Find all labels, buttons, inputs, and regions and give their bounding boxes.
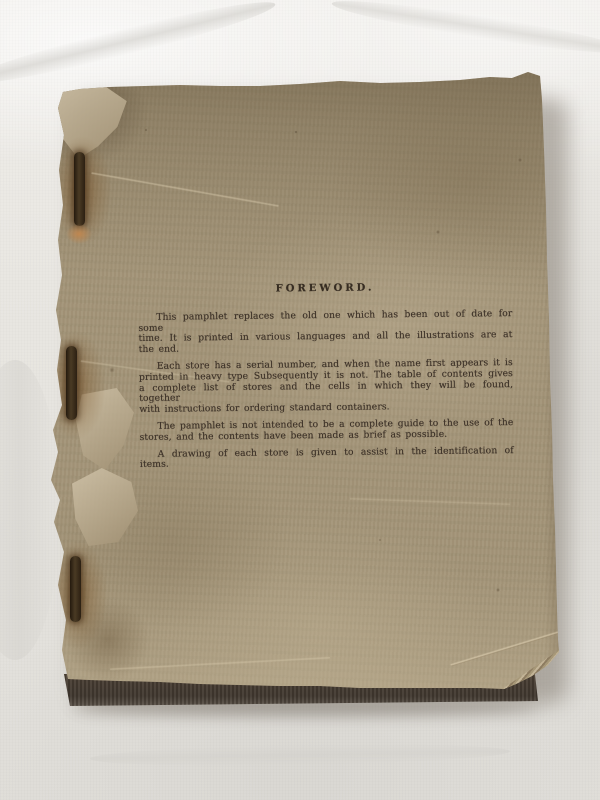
pamphlet-back-cover: FOREWORD. This pamphlet replaces the old… bbox=[50, 70, 565, 710]
paragraph-line: A drawing of each store is given to assi… bbox=[140, 446, 514, 472]
staple-bar bbox=[66, 346, 77, 420]
staple-bar bbox=[70, 556, 81, 622]
paragraph: The pamphlet is not intended to be a com… bbox=[139, 418, 513, 444]
foreword-page-text: FOREWORD. This pamphlet replaces the old… bbox=[138, 282, 514, 477]
staple-bar bbox=[74, 152, 85, 226]
rust-blob bbox=[66, 224, 92, 244]
paragraph: Each store has a serial number, and when… bbox=[139, 358, 514, 416]
paragraph-line: stores, and the contents have been made … bbox=[140, 429, 514, 444]
paragraph: This pamphlet replaces the old one which… bbox=[138, 309, 512, 356]
paragraph-line: with instructions for ordering standard … bbox=[139, 401, 513, 416]
paragraph: A drawing of each store is given to assi… bbox=[140, 446, 514, 472]
